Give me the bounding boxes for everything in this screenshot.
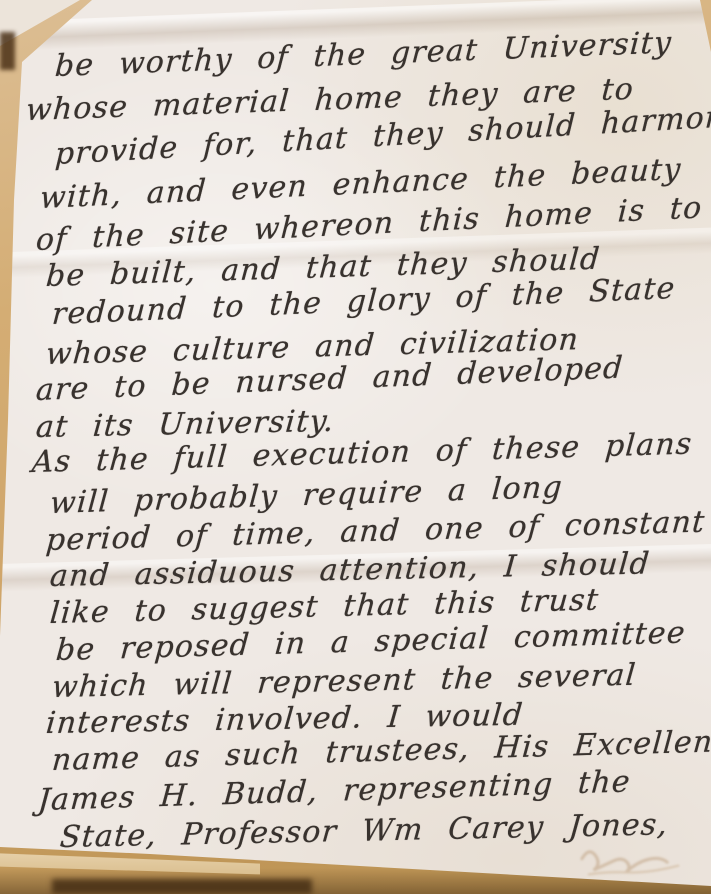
handwritten-text: be worthy of the great University whose … — [0, 0, 711, 894]
ink-bleedthrough-mark — [577, 835, 691, 883]
left-edge-shadow-gap — [0, 32, 15, 70]
letter-page: be worthy of the great University whose … — [0, 0, 711, 894]
letter-photograph: be worthy of the great University whose … — [0, 0, 711, 894]
desk-dark-patch — [52, 879, 312, 894]
handwriting-line: which will represent the several — [51, 661, 638, 703]
